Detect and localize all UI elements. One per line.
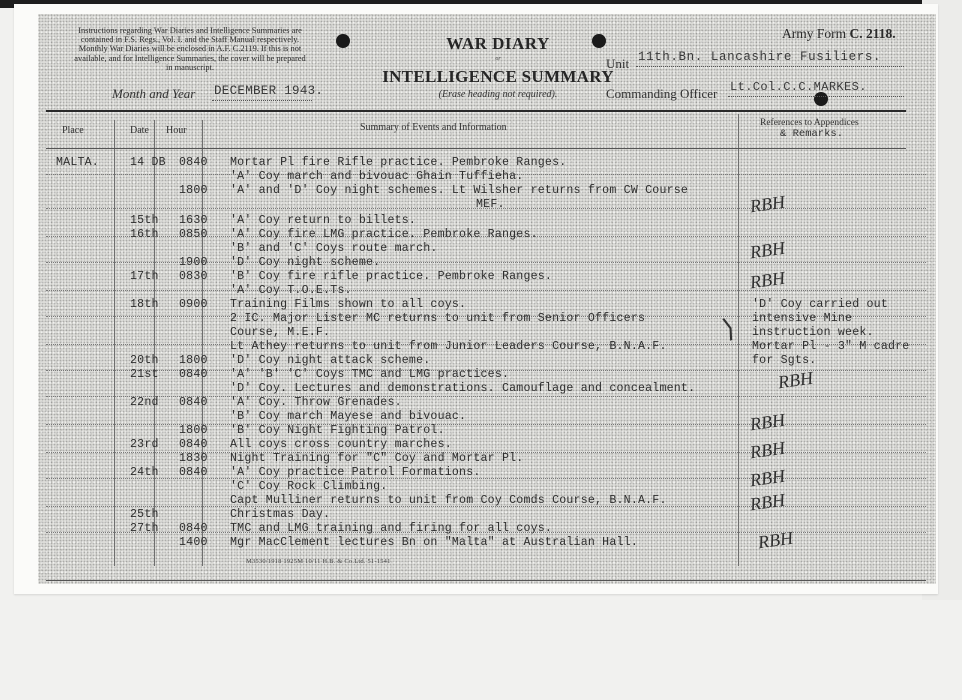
entry-date: 21st — [130, 368, 159, 381]
punch-hole-left — [336, 34, 350, 48]
commanding-officer-label: Commanding Officer — [606, 86, 717, 102]
entry-text: 'A' Coy fire LMG practice. Pembroke Rang… — [230, 228, 538, 241]
row-rule — [46, 424, 926, 425]
entry-hour: 1800 — [179, 184, 208, 197]
entry-text: Mgr MacClement lectures Bn on "Malta" at… — [230, 536, 638, 549]
entry-text: TMC and LMG training and firing for all … — [230, 522, 552, 535]
entry-text: Christmas Day. — [230, 508, 330, 521]
entry-date: 22nd — [130, 396, 159, 409]
entry-hour: 1400 — [179, 536, 208, 549]
entry-text: 'D' Coy night attack scheme. — [230, 354, 430, 367]
entry-text: All coys cross country marches. — [230, 438, 452, 451]
entry-hour: 1900 — [179, 256, 208, 269]
initials-signature: RBH — [757, 528, 795, 554]
entry-hour: 0900 — [179, 298, 208, 311]
header-rule — [46, 110, 906, 112]
commanding-officer-value: Lt.Col.C.C.MARKES. — [730, 80, 867, 94]
entry-date: 25th — [130, 508, 159, 521]
initials-signature: RBH — [749, 238, 787, 264]
initials-signature: RBH — [749, 192, 787, 218]
entry-hour: 0840 — [179, 156, 208, 169]
army-form-number: Army Form C. 2118. — [782, 26, 896, 42]
entry-text: 'A' Coy. Throw Grenades. — [230, 396, 402, 409]
column-divider-date — [154, 120, 155, 566]
column-header-summary: Summary of Events and Information — [360, 122, 507, 133]
entry-text: Mortar Pl fire Rifle practice. Pembroke … — [230, 156, 566, 169]
entry-text: 'A' Coy march and bivouac Ghain Tuffieha… — [230, 170, 523, 183]
header-underline — [46, 148, 906, 149]
column-divider-place — [114, 120, 115, 566]
remark-line: for Sgts. — [752, 354, 816, 367]
title-or: or — [398, 56, 598, 62]
entry-text: 'B' and 'C' Coys route march. — [230, 242, 438, 255]
entry-text: 'A' 'B' 'C' Coys TMC and LMG practices. — [230, 368, 509, 381]
entry-text: Night Training for "C" Coy and Mortar Pl… — [230, 452, 523, 465]
month-year-label: Month and Year — [112, 86, 195, 102]
remark-line: intensive Mine — [752, 312, 852, 325]
printer-imprint: M3530/1918 1925M 10/11 H.B. & Co.Ltd. 51… — [246, 558, 391, 565]
column-header-place: Place — [62, 125, 84, 136]
entry-hour: 0840 — [179, 396, 208, 409]
entry-hour: 0840 — [179, 522, 208, 535]
unit-dotted-line — [636, 66, 904, 67]
entry-date: 27th — [130, 522, 159, 535]
bracket-mark-icon: ⟩ — [719, 313, 739, 345]
entry-text: 2 IC. Major Lister MC returns to unit fr… — [230, 312, 645, 325]
unit-value: 11th.Bn. Lancashire Fusiliers. — [638, 50, 881, 64]
entry-hour: 0840 — [179, 466, 208, 479]
entry-date: 18th — [130, 298, 159, 311]
scanned-page: Instructions regarding War Diaries and I… — [14, 4, 938, 594]
entry-date: 17th — [130, 270, 159, 283]
remark-line: 'D' Coy carried out — [752, 298, 888, 311]
entry-hour: 1630 — [179, 214, 208, 227]
title-intelligence-summary: INTELLIGENCE SUMMARY — [358, 67, 638, 87]
column-header-hour: Hour — [166, 125, 187, 136]
row-rule — [46, 478, 926, 479]
entry-hour: 0840 — [179, 368, 208, 381]
entry-text: Training Films shown to all coys. — [230, 298, 466, 311]
army-form-code: C. 2118. — [850, 26, 896, 41]
entry-text: 'A' and 'D' Coy night schemes. Lt Wilshe… — [230, 184, 688, 197]
war-diary-sheet: Instructions regarding War Diaries and I… — [38, 14, 936, 584]
column-header-date: Date — [130, 125, 149, 136]
entry-text: 'A' Coy return to billets. — [230, 214, 416, 227]
punch-hole-lower — [814, 92, 828, 106]
initials-signature: RBH — [749, 490, 787, 516]
month-year-value: DECEMBER 1943. — [214, 84, 323, 98]
entry-hour: 1800 — [179, 424, 208, 437]
remark-line: instruction week. — [752, 326, 874, 339]
initials-signature: RBH — [777, 368, 815, 394]
entry-text: 'A' Coy practice Patrol Formations. — [230, 466, 481, 479]
entry-place: MALTA. — [56, 156, 99, 169]
entry-date: 24th — [130, 466, 159, 479]
row-rule — [46, 290, 926, 291]
entry-text: Lt Athey returns to unit from Junior Lea… — [230, 340, 667, 353]
entry-date: 14 DB — [130, 156, 166, 169]
entry-text: 'C' Coy Rock Climbing. — [230, 480, 387, 493]
initials-signature: RBH — [749, 466, 787, 492]
entry-text: Course, M.E.F. — [230, 326, 330, 339]
entry-text: 'D' Coy. Lectures and demonstrations. Ca… — [230, 382, 695, 395]
row-rule — [46, 396, 926, 397]
unit-label: Unit — [606, 56, 629, 72]
entry-text: Capt Mulliner returns to unit from Coy C… — [230, 494, 667, 507]
row-rule — [46, 262, 926, 263]
entry-date: 16th — [130, 228, 159, 241]
entry-date: 23rd — [130, 438, 159, 451]
title-war-diary: WAR DIARY — [398, 34, 598, 54]
entry-text: 'D' Coy night scheme. — [230, 256, 380, 269]
entry-hour: 1800 — [179, 354, 208, 367]
entry-text: 'B' Coy fire rifle practice. Pembroke Ra… — [230, 270, 552, 283]
column-header-references: References to Appendices — [760, 118, 859, 128]
initials-signature: RBH — [749, 410, 787, 436]
entry-hour: 1830 — [179, 452, 208, 465]
column-header-remarks: & Remarks. — [780, 128, 843, 140]
commanding-officer-dotted-line — [728, 96, 904, 97]
army-form-prefix: Army Form — [782, 26, 846, 41]
entry-text: 'A' Coy T.O.E.Ts. — [230, 284, 352, 297]
entry-text: MEF. — [476, 198, 505, 211]
remark-line: Mortar Pl - 3" M cadre — [752, 340, 909, 353]
instructions-text: Instructions regarding War Diaries and I… — [72, 26, 308, 72]
entry-text: 'B' Coy Night Fighting Patrol. — [230, 424, 445, 437]
entry-hour: 0840 — [179, 438, 208, 451]
initials-signature: RBH — [749, 438, 787, 464]
month-year-dotted-line — [212, 100, 312, 101]
title-subtitle: (Erase heading not required). — [378, 89, 618, 100]
sheet-bottom-rule — [46, 580, 926, 581]
entry-hour: 0830 — [179, 270, 208, 283]
entry-date: 20th — [130, 354, 159, 367]
entry-hour: 0850 — [179, 228, 208, 241]
entry-date: 15th — [130, 214, 159, 227]
entry-text: 'B' Coy march Mayese and bivouac. — [230, 410, 466, 423]
